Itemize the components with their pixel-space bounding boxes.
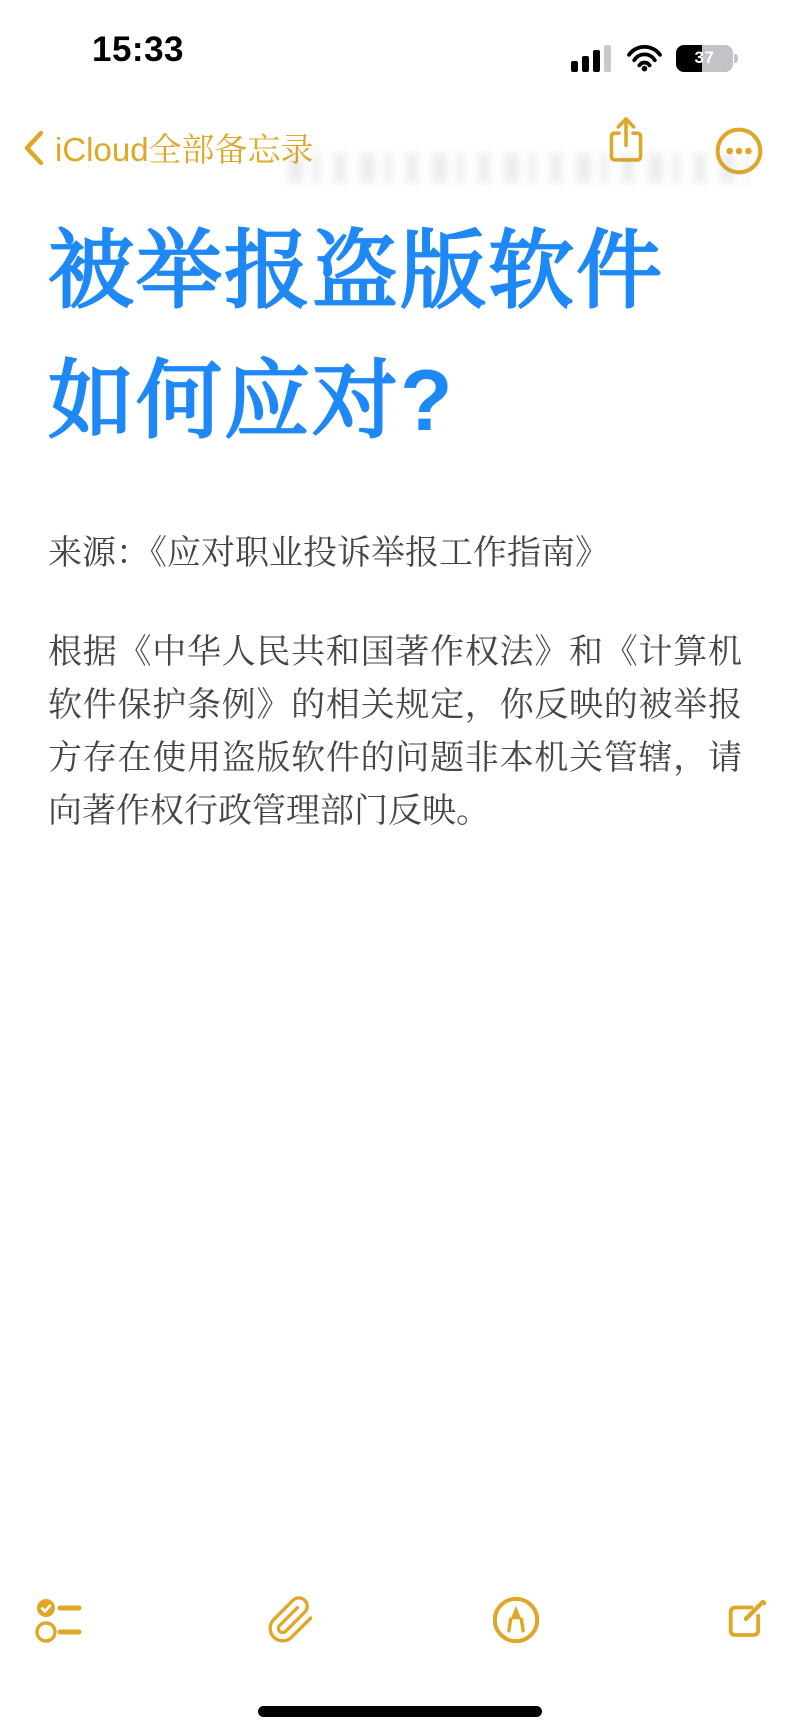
- checklist-button[interactable]: [34, 1594, 86, 1646]
- battery-percent-label: 37: [676, 45, 733, 72]
- cellular-signal-icon: [571, 45, 613, 72]
- chevron-left-icon: [20, 128, 46, 168]
- faded-watermark: [288, 153, 748, 183]
- note-title-line-1: 被举报盗版软件: [48, 206, 768, 336]
- markup-button[interactable]: [490, 1594, 542, 1646]
- marker-pen-circle-icon: [490, 1594, 542, 1646]
- checklist-icon: [35, 1596, 85, 1644]
- paperclip-icon: [266, 1595, 316, 1645]
- back-button-label: iCloud全部备忘录: [55, 124, 314, 171]
- back-button[interactable]: iCloud全部备忘录: [20, 124, 314, 171]
- battery-nub: [734, 54, 738, 63]
- battery-icon: 37: [676, 45, 733, 72]
- home-indicator[interactable]: [258, 1706, 542, 1717]
- compose-button[interactable]: [718, 1594, 770, 1646]
- compose-icon: [719, 1595, 769, 1645]
- status-icons: 37: [571, 44, 733, 72]
- note-title-line-2: 如何应对?: [48, 336, 768, 466]
- note-body-paragraph[interactable]: 根据《中华人民共和国著作权法》和《计算机软件保护条例》的相关规定，你反映的被举报…: [48, 626, 742, 838]
- status-time: 15:33: [92, 30, 184, 70]
- note-source-line[interactable]: 来源：《应对职业投诉举报工作指南》: [48, 528, 748, 579]
- note-title[interactable]: 被举报盗版软件 如何应对?: [48, 206, 768, 466]
- wifi-icon: [626, 45, 663, 72]
- notes-app-screen: 15:33 37 iCloud全部备忘录: [0, 0, 800, 1734]
- attachment-button[interactable]: [265, 1594, 317, 1646]
